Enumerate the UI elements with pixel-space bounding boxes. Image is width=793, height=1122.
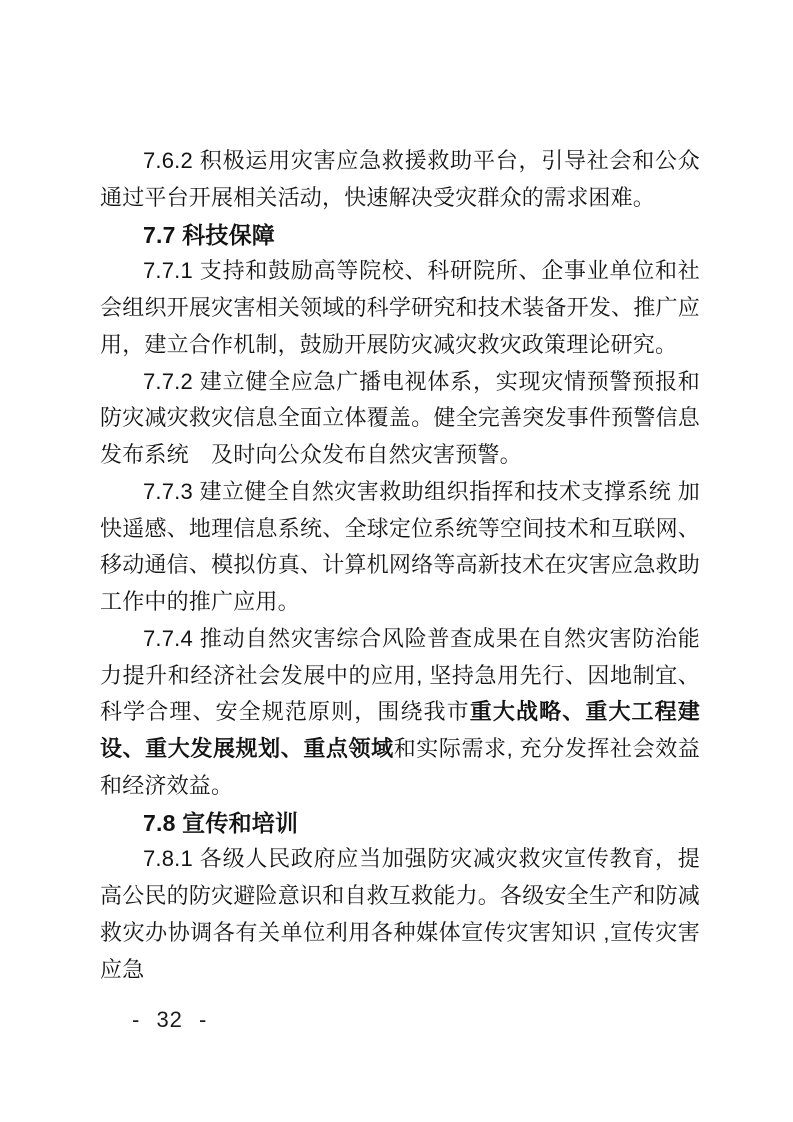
paragraph-7-7-2: 7.7.2 建立健全应急广播电视体系，实现灾情预警预报和防灾减灾救灾信息全面立体… xyxy=(100,364,700,474)
paragraph-7-8-1: 7.8.1 各级人民政府应当加强防灾减灾救灾宣传教育，提高公民的防灾避险意识和自… xyxy=(100,841,700,988)
heading-text: 7.7 科技保障 xyxy=(143,222,275,248)
text-run: 7.7.1 支持和鼓励高等院校、科研院所、企事业单位和社会组织开展灾害相关领域的… xyxy=(100,258,700,357)
paragraph-7-7-1: 7.7.1 支持和鼓励高等院校、科研院所、企事业单位和社会组织开展灾害相关领域的… xyxy=(100,253,700,363)
text-run: 7.7.2 建立健全应急广播电视体系，实现灾情预警预报和防灾减灾救灾信息全面立体… xyxy=(100,369,700,468)
text-run: 7.7.3 建立健全自然灾害救助组织指挥和技术支撑系统 加快遥感、地理信息系统、… xyxy=(100,479,700,614)
document-page: 7.6.2 积极运用灾害应急救援救助平台，引导社会和公众通过平台开展相关活动，快… xyxy=(0,0,793,1122)
section-heading-7-7: 7.7 科技保障 xyxy=(100,217,700,254)
paragraph-7-7-3: 7.7.3 建立健全自然灾害救助组织指挥和技术支撑系统 加快遥感、地理信息系统、… xyxy=(100,474,700,621)
paragraph-7-6-2: 7.6.2 积极运用灾害应急救援救助平台，引导社会和公众通过平台开展相关活动，快… xyxy=(100,143,700,217)
page-content: 7.6.2 积极运用灾害应急救援救助平台，引导社会和公众通过平台开展相关活动，快… xyxy=(100,143,700,988)
heading-text: 7.8 宣传和培训 xyxy=(143,810,298,836)
page-number: - 32 - xyxy=(132,1006,207,1034)
section-heading-7-8: 7.8 宣传和培训 xyxy=(100,805,700,842)
text-run: 7.8.1 各级人民政府应当加强防灾减灾救灾宣传教育，提高公民的防灾避险意识和自… xyxy=(100,846,700,981)
paragraph-7-7-4: 7.7.4 推动自然灾害综合风险普查成果在自然灾害防治能力提升和经济社会发展中的… xyxy=(100,621,700,805)
text-run: 7.6.2 积极运用灾害应急救援救助平台，引导社会和公众通过平台开展相关活动，快… xyxy=(100,148,700,210)
